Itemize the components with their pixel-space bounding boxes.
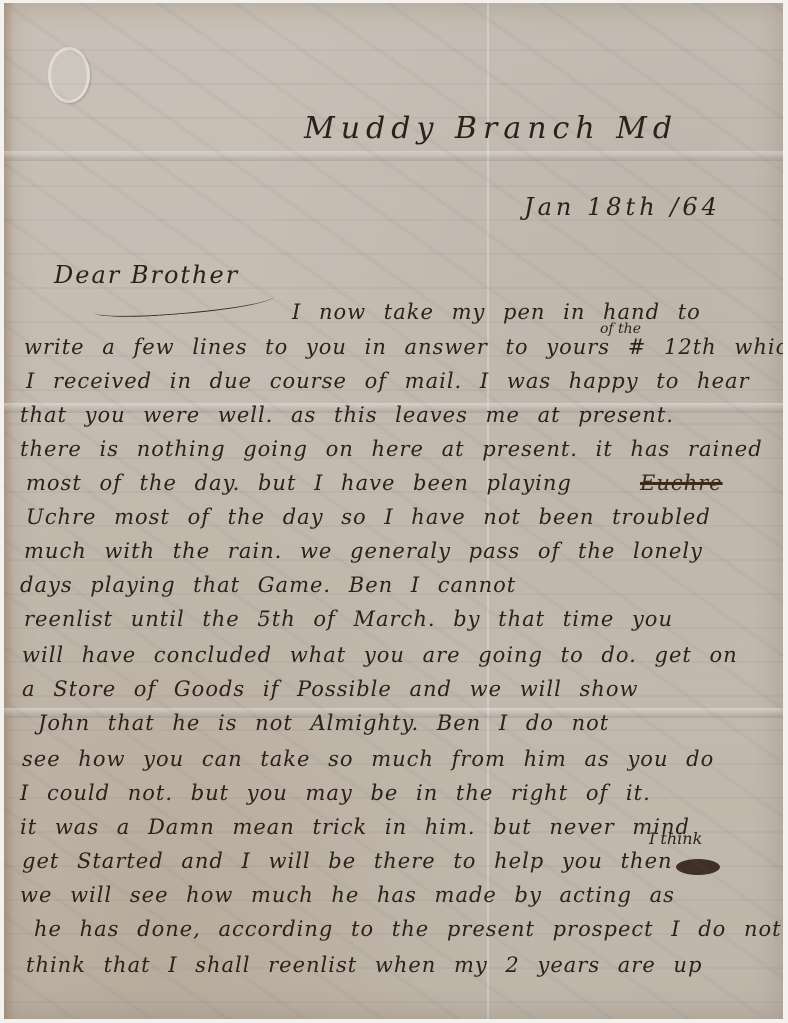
body-line-2: write a few lines to you in answer to yo… xyxy=(24,335,783,359)
body-line-10: reenlist until the 5th of March. by that… xyxy=(24,607,673,631)
struck-word-euchre: Euchre xyxy=(640,471,723,495)
body-line-20: think that I shall reenlist when my 2 ye… xyxy=(26,953,702,977)
insertion-of-the: of the xyxy=(600,321,641,337)
body-line-6: most of the day. but I have been playing xyxy=(26,471,572,495)
body-line-8: much with the rain. we generaly pass of … xyxy=(24,539,703,563)
letter-date: Jan 18th /64 xyxy=(524,193,721,221)
body-line-9: days playing that Game. Ben I cannot xyxy=(20,573,516,597)
body-line-19: he has done, according to the present pr… xyxy=(34,917,782,941)
body-line-18: we will see how much he has made by acti… xyxy=(20,883,675,907)
fold-crease-upper xyxy=(4,151,783,161)
fold-crease-vertical xyxy=(487,3,489,1019)
ink-blot xyxy=(676,859,720,875)
embossed-seal-icon xyxy=(48,47,90,103)
body-line-14: see how you can take so much from him as… xyxy=(22,747,714,771)
body-line-16: it was a Damn mean trick in him. but nev… xyxy=(20,815,690,839)
edge-stain xyxy=(4,3,14,1019)
salutation: Dear Brother xyxy=(54,261,239,289)
body-line-3: I received in due course of mail. I was … xyxy=(26,369,750,393)
insertion-i-think: I think xyxy=(649,829,702,848)
body-line-7: Uchre most of the day so I have not been… xyxy=(26,505,711,529)
body-line-15: I could not. but you may be in the right… xyxy=(20,781,651,805)
body-line-11: will have concluded what you are going t… xyxy=(22,643,738,667)
letter-heading-place: Muddy Branch Md xyxy=(304,111,678,146)
body-line-5: there is nothing going on here at presen… xyxy=(20,437,763,461)
letter-page: Muddy Branch Md Jan 18th /64 Dear Brothe… xyxy=(4,3,783,1019)
body-line-1: I now take my pen in hand to xyxy=(292,300,701,324)
body-line-12: a Store of Goods if Possible and we will… xyxy=(22,677,638,701)
salutation-flourish xyxy=(94,289,275,321)
body-line-17: get Started and I will be there to help … xyxy=(22,849,673,873)
body-line-13: John that he is not Almighty. Ben I do n… xyxy=(38,711,609,735)
fold-crease-middle xyxy=(4,403,783,413)
fold-crease-lower xyxy=(4,708,783,718)
body-line-4: that you were well. as this leaves me at… xyxy=(20,403,674,427)
